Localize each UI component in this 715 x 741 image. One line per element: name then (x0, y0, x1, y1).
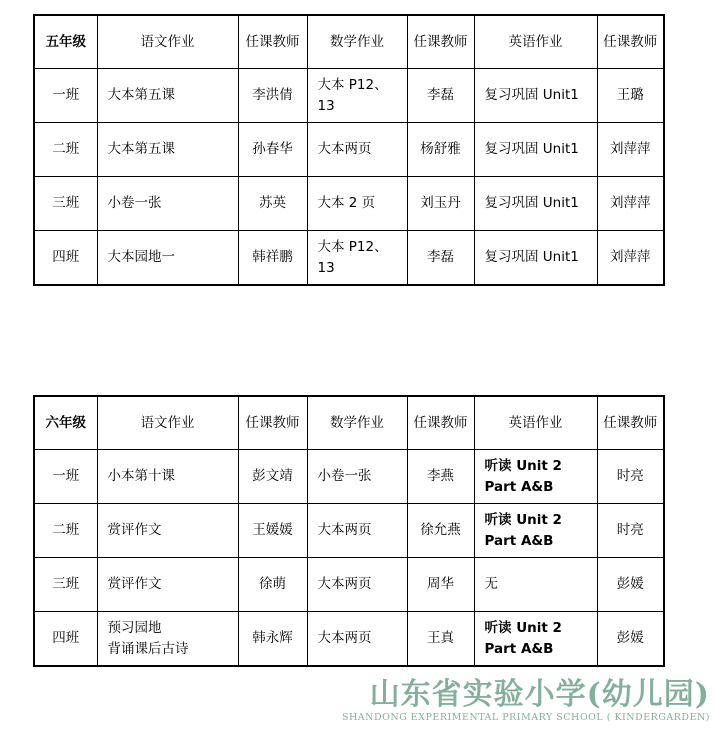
class-label: 一班 (34, 69, 97, 123)
cell-math-teacher: 徐允燕 (407, 504, 474, 558)
cell-english-teacher: 彭媛 (597, 558, 664, 612)
cell-math-homework: 大本两页 (307, 558, 407, 612)
cell-chinese-homework: 大本第五课 (97, 69, 238, 123)
cell-math-teacher: 王真 (407, 612, 474, 667)
header-chinese-homework: 语文作业 (97, 15, 238, 69)
school-name-english: SHANDONG EXPERIMENTAL PRIMARY SCHOOL ( K… (342, 712, 710, 723)
cell-english-teacher: 彭媛 (597, 612, 664, 667)
header-english-homework: 英语作业 (474, 15, 597, 69)
cell-chinese-homework: 小本第十课 (97, 450, 238, 504)
cell-english-homework: 无 (474, 558, 597, 612)
class-label: 一班 (34, 450, 97, 504)
cell-english-teacher: 王璐 (597, 69, 664, 123)
header-chinese-homework: 语文作业 (97, 396, 238, 450)
school-logo: 山东省实验小学(幼儿园) SHANDONG EXPERIMENTAL PRIMA… (342, 678, 710, 723)
header-math-homework: 数学作业 (307, 15, 407, 69)
cell-math-teacher: 周华 (407, 558, 474, 612)
header-english-homework: 英语作业 (474, 396, 597, 450)
class-label: 三班 (34, 177, 97, 231)
cell-english-homework: 听读 Unit 2 Part A&B (474, 450, 597, 504)
grade-label: 六年级 (34, 396, 97, 450)
table-row: 三班 小卷一张 苏英 大本 2 页 刘玉丹 复习巩固 Unit1 刘萍萍 (34, 177, 664, 231)
header-math-homework: 数学作业 (307, 396, 407, 450)
cell-chinese-teacher: 韩永辉 (238, 612, 307, 667)
table-header-row: 五年级 语文作业 任课教师 数学作业 任课教师 英语作业 任课教师 (34, 15, 664, 69)
header-chinese-teacher: 任课教师 (238, 15, 307, 69)
cell-math-homework: 大本两页 (307, 612, 407, 667)
cell-english-homework: 听读 Unit 2 Part A&B (474, 504, 597, 558)
grade5-homework-table: 五年级 语文作业 任课教师 数学作业 任课教师 英语作业 任课教师 一班 大本第… (33, 14, 665, 286)
cell-english-homework: 复习巩固 Unit1 (474, 69, 597, 123)
cell-math-teacher: 李燕 (407, 450, 474, 504)
table-row: 一班 大本第五课 李洪倩 大本 P12、13 李磊 复习巩固 Unit1 王璐 (34, 69, 664, 123)
cell-math-homework: 大本 P12、13 (307, 231, 407, 286)
cell-english-homework: 复习巩固 Unit1 (474, 177, 597, 231)
cell-chinese-homework: 预习园地 背诵课后古诗 (97, 612, 238, 667)
cell-math-homework: 大本 P12、13 (307, 69, 407, 123)
cell-english-homework: 复习巩固 Unit1 (474, 123, 597, 177)
cell-chinese-homework: 小卷一张 (97, 177, 238, 231)
cell-math-teacher: 杨舒雅 (407, 123, 474, 177)
cell-chinese-homework: 大本第五课 (97, 123, 238, 177)
class-label: 三班 (34, 558, 97, 612)
table-row: 二班 赏评作文 王媛媛 大本两页 徐允燕 听读 Unit 2 Part A&B … (34, 504, 664, 558)
cell-math-teacher: 刘玉丹 (407, 177, 474, 231)
class-label: 四班 (34, 612, 97, 667)
table-row: 四班 预习园地 背诵课后古诗 韩永辉 大本两页 王真 听读 Unit 2 Par… (34, 612, 664, 667)
header-math-teacher: 任课教师 (407, 396, 474, 450)
table-header-row: 六年级 语文作业 任课教师 数学作业 任课教师 英语作业 任课教师 (34, 396, 664, 450)
cell-english-homework: 复习巩固 Unit1 (474, 231, 597, 286)
cell-math-homework: 大本 2 页 (307, 177, 407, 231)
cell-chinese-homework: 赏评作文 (97, 504, 238, 558)
table-row: 四班 大本园地一 韩祥鹏 大本 P12、13 李磊 复习巩固 Unit1 刘萍萍 (34, 231, 664, 286)
class-label: 四班 (34, 231, 97, 286)
cell-chinese-teacher: 李洪倩 (238, 69, 307, 123)
cell-english-teacher: 刘萍萍 (597, 177, 664, 231)
cell-math-homework: 小卷一张 (307, 450, 407, 504)
table-row: 一班 小本第十课 彭文靖 小卷一张 李燕 听读 Unit 2 Part A&B … (34, 450, 664, 504)
cell-math-homework: 大本两页 (307, 123, 407, 177)
header-english-teacher: 任课教师 (597, 396, 664, 450)
header-math-teacher: 任课教师 (407, 15, 474, 69)
header-chinese-teacher: 任课教师 (238, 396, 307, 450)
class-label: 二班 (34, 504, 97, 558)
cell-english-teacher: 刘萍萍 (597, 231, 664, 286)
cell-english-teacher: 时亮 (597, 504, 664, 558)
cell-math-homework: 大本两页 (307, 504, 407, 558)
cell-math-teacher: 李磊 (407, 231, 474, 286)
table-row: 二班 大本第五课 孙春华 大本两页 杨舒雅 复习巩固 Unit1 刘萍萍 (34, 123, 664, 177)
cell-chinese-teacher: 彭文靖 (238, 450, 307, 504)
cell-chinese-teacher: 苏英 (238, 177, 307, 231)
grade-label: 五年级 (34, 15, 97, 69)
cell-chinese-homework: 大本园地一 (97, 231, 238, 286)
table-row: 三班 赏评作文 徐萌 大本两页 周华 无 彭媛 (34, 558, 664, 612)
cell-english-homework: 听读 Unit 2 Part A&B (474, 612, 597, 667)
cell-chinese-teacher: 徐萌 (238, 558, 307, 612)
grade6-homework-table: 六年级 语文作业 任课教师 数学作业 任课教师 英语作业 任课教师 一班 小本第… (33, 395, 665, 667)
class-label: 二班 (34, 123, 97, 177)
header-english-teacher: 任课教师 (597, 15, 664, 69)
cell-math-teacher: 李磊 (407, 69, 474, 123)
cell-english-teacher: 时亮 (597, 450, 664, 504)
cell-chinese-teacher: 孙春华 (238, 123, 307, 177)
school-name-chinese: 山东省实验小学(幼儿园) (342, 678, 710, 711)
cell-chinese-homework: 赏评作文 (97, 558, 238, 612)
cell-english-teacher: 刘萍萍 (597, 123, 664, 177)
cell-chinese-teacher: 王媛媛 (238, 504, 307, 558)
cell-chinese-teacher: 韩祥鹏 (238, 231, 307, 286)
